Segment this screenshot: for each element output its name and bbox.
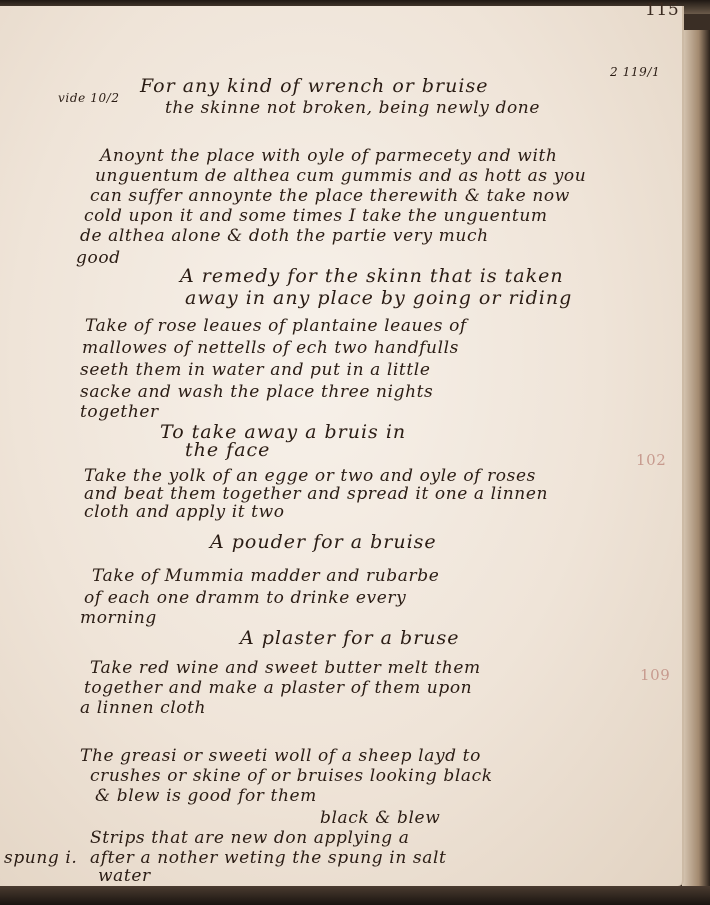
recipe-body-line: seeth them in water and put in a little (80, 360, 431, 380)
recipe-title: A plaster for a bruse (240, 628, 460, 648)
recipe-body-line: Strips that are new don applying a (90, 828, 410, 848)
recipe-body-line: of each one dramm to drinke every (84, 588, 406, 608)
recipe-title: the face (185, 440, 270, 460)
recipe-body-line: good (76, 248, 121, 268)
margin-reference-left: vide 10/2 (58, 88, 120, 108)
recipe-body-line: & blew is good for them (95, 786, 317, 806)
recipe-body-line: together (80, 402, 159, 422)
recipe-body-line: Take of rose leaues of plantaine leaues … (85, 316, 467, 336)
recipe-body-line: Anoynt the place with oyle of parmecety … (100, 146, 557, 166)
recipe-body-line: crushes or skine of or bruises looking b… (90, 766, 493, 786)
recipe-title: the skinne not broken, being newly done (165, 98, 540, 118)
recipe-title: For any kind of wrench or bruise (140, 76, 488, 96)
recipe-title: A remedy for the skinn that is taken (180, 266, 564, 286)
recipe-body-line: Take red wine and sweet butter melt them (90, 658, 481, 678)
pencil-number-1: 102 (636, 450, 666, 470)
recipe-body-line: mallowes of nettells of ech two handfull… (82, 338, 459, 358)
recipe-body-line: a linnen cloth (80, 698, 206, 718)
recipe-body-line: sacke and wash the place three nights (80, 382, 433, 402)
recipe-body-line: de althea alone & doth the partie very m… (80, 226, 489, 246)
recipe-body-line: together and make a plaster of them upon (84, 678, 472, 698)
recipe-body-line: after a nother weting the spung in salt (90, 848, 446, 868)
margin-reference-right: 2 119/1 (610, 62, 660, 82)
book-bottom-edge (0, 886, 710, 905)
recipe-title: away in any place by going or riding (185, 288, 572, 308)
recipe-body-line: Take of Mummia madder and rubarbe (92, 566, 439, 586)
book-page-edges (682, 30, 710, 890)
recipe-body-line: The greasi or sweeti woll of a sheep lay… (80, 746, 481, 766)
recipe-body-line: water (98, 866, 151, 886)
margin-note: spung i. (4, 848, 77, 868)
recipe-body-line: unguentum de althea cum gummis and as ho… (95, 166, 586, 186)
recipe-title: black & blew (320, 808, 440, 828)
recipe-body-line: morning (80, 608, 157, 628)
recipe-body-line: cold upon it and some times I take the u… (84, 206, 548, 226)
recipe-title: A pouder for a bruise (210, 532, 437, 552)
recipe-body-line: and beat them together and spread it one… (84, 484, 548, 504)
folio-number: 115 (645, 0, 679, 20)
pencil-number-2: 109 (640, 665, 670, 685)
recipe-body-line: cloth and apply it two (84, 502, 285, 522)
recipe-body-line: Take the yolk of an egge or two and oyle… (84, 466, 536, 486)
recipe-body-line: can suffer annoynte the place therewith … (90, 186, 570, 206)
